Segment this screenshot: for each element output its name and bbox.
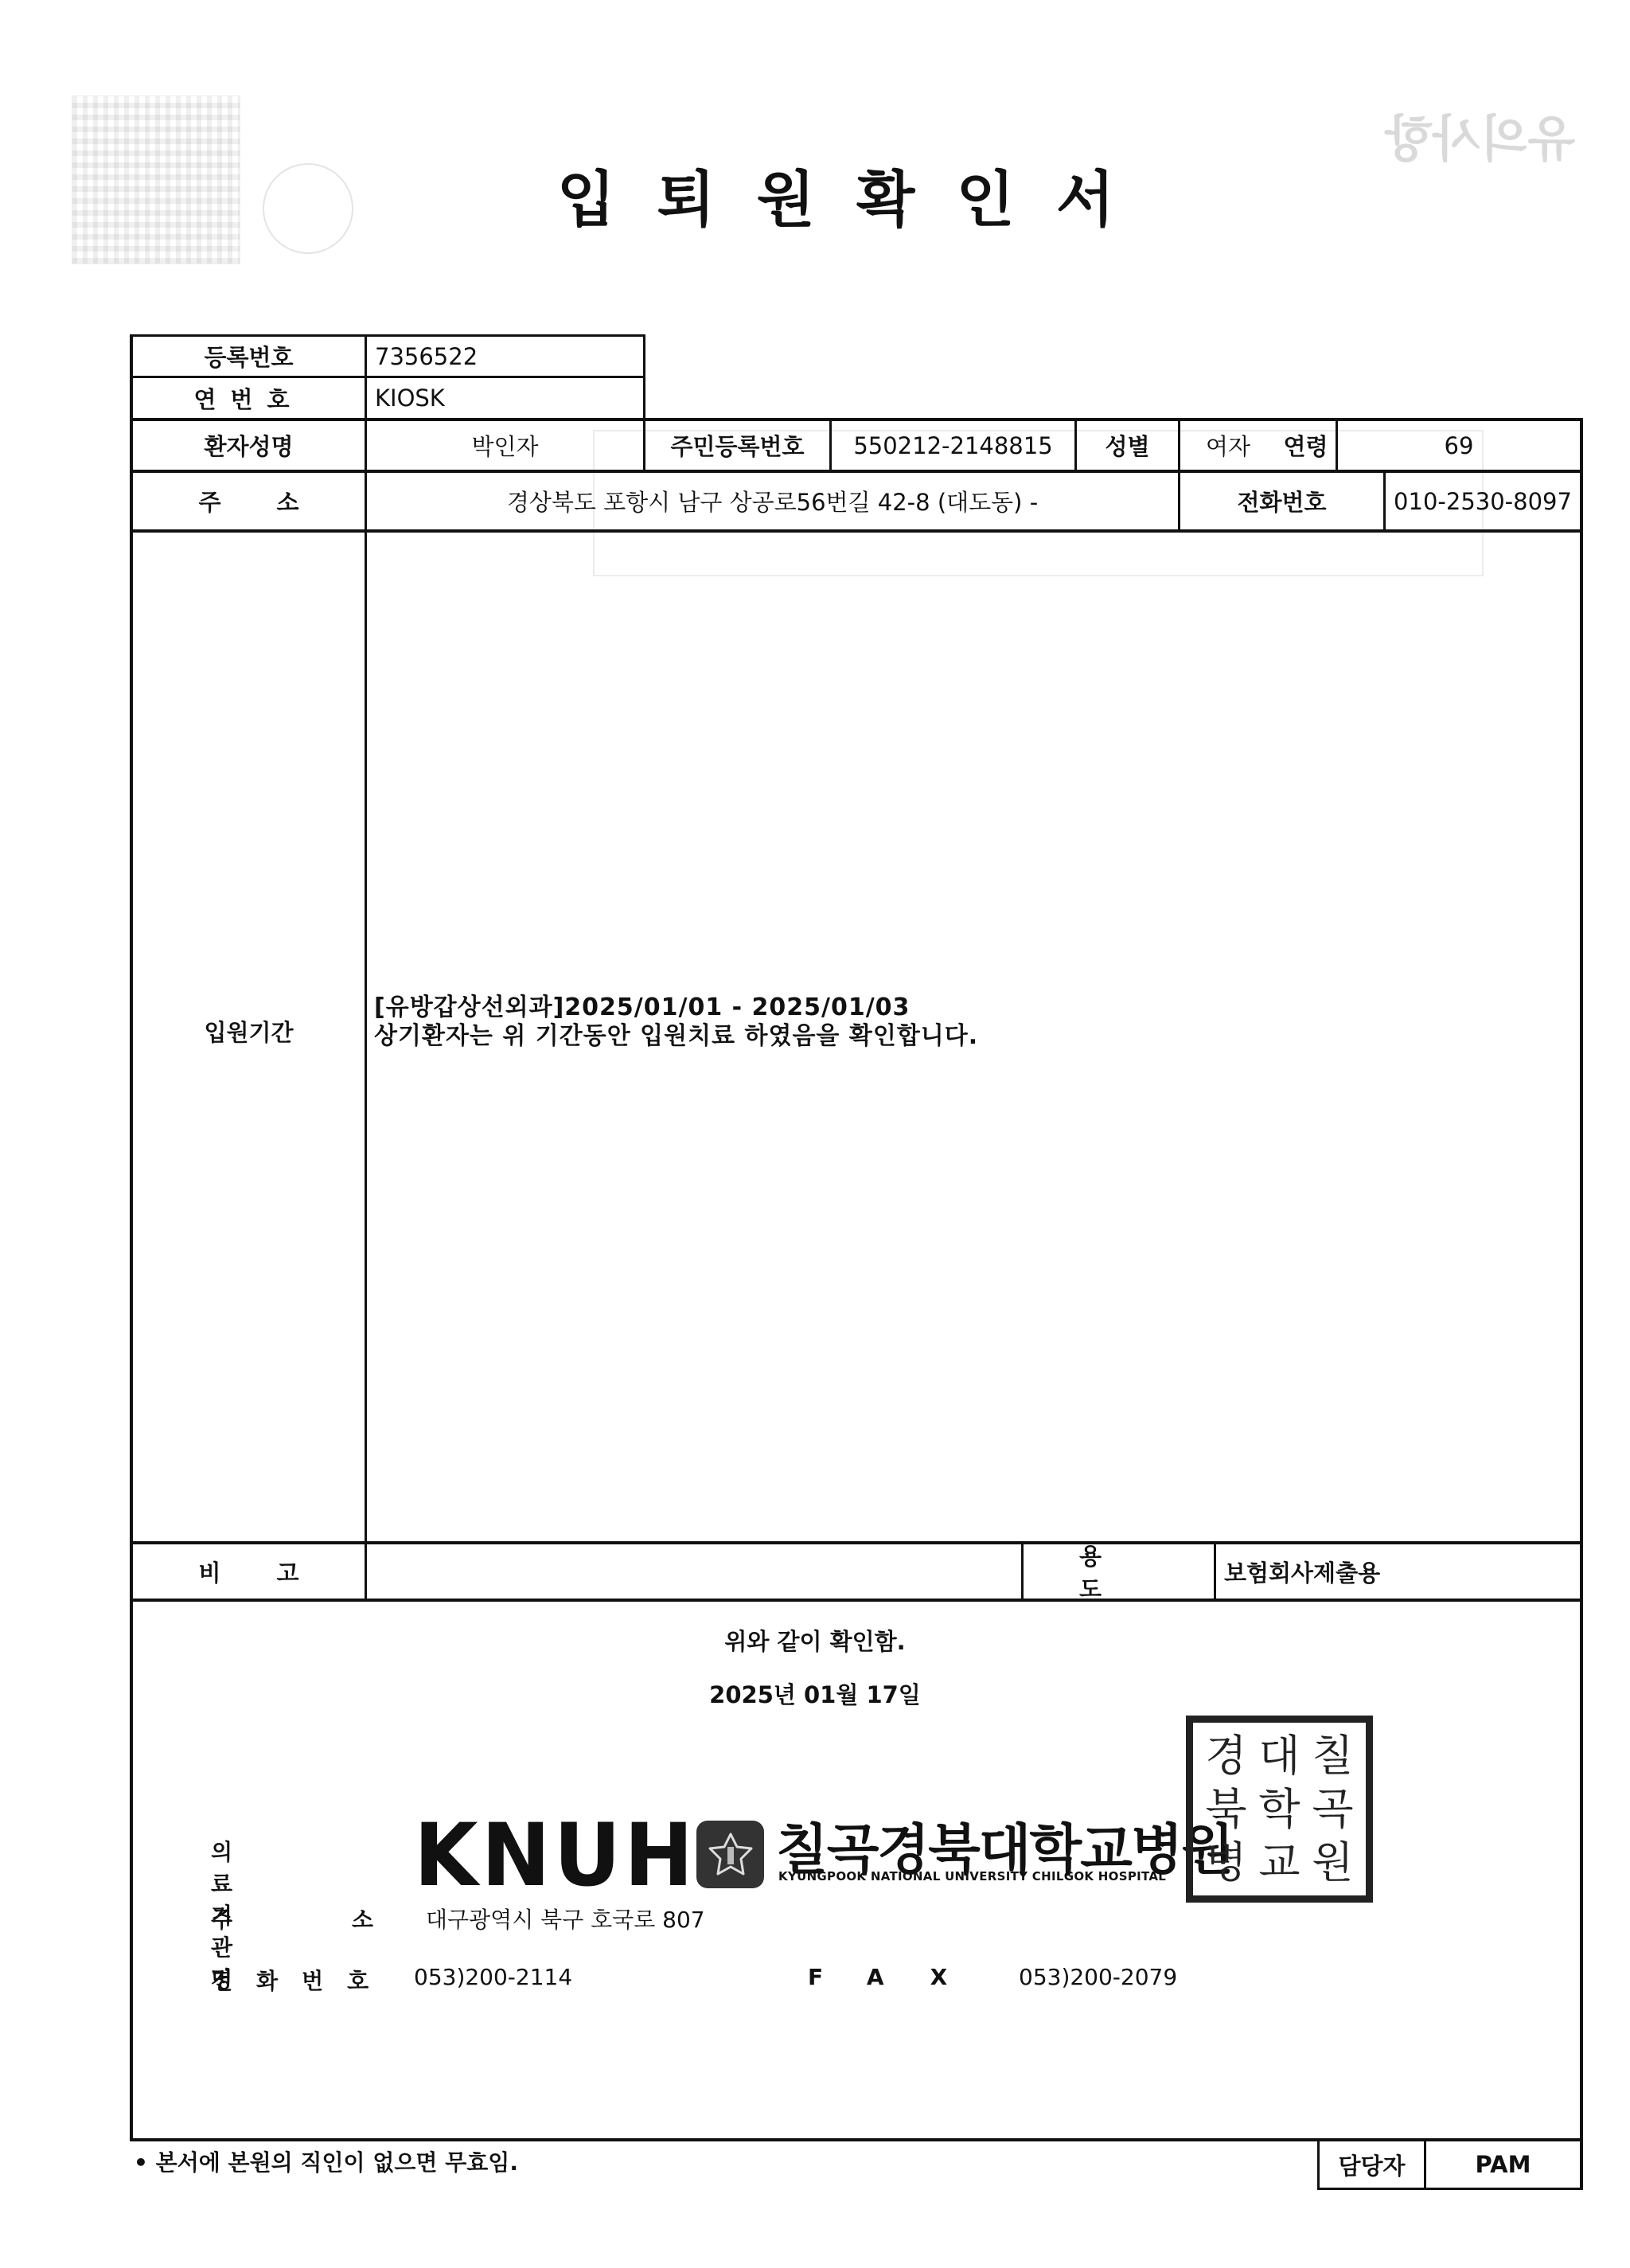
seal-char: 칠 bbox=[1306, 1729, 1359, 1782]
admission-statement: 상기환자는 위 기간동안 입원치료 하였음을 확인합니다. bbox=[374, 1022, 978, 1051]
institution-fax-value: 053)200-2079 bbox=[1019, 1964, 1177, 1990]
patient-name-value: 박인자 bbox=[367, 421, 643, 470]
official-seal: 경 대 칠 북 학 곡 병 교 원 bbox=[1186, 1716, 1373, 1903]
phone-label: 전화번호 bbox=[1180, 473, 1383, 529]
remarks-value bbox=[367, 1544, 1021, 1599]
age-label: 연령 bbox=[1276, 421, 1336, 470]
table-border bbox=[130, 529, 1582, 533]
address-label: 주소 bbox=[133, 473, 365, 529]
registration-no-value: 7356522 bbox=[367, 337, 643, 376]
institution-address-value: 대구광역시 북구 호국로 807 bbox=[426, 1903, 705, 1934]
hospital-emblem-icon bbox=[696, 1821, 764, 1888]
admission-department-period: [유방갑상선외과]2025/01/01 - 2025/01/03 bbox=[374, 993, 978, 1022]
seal-char: 병 bbox=[1199, 1836, 1253, 1889]
purpose-label: 용도 bbox=[1024, 1544, 1214, 1599]
seal-char: 학 bbox=[1253, 1782, 1306, 1836]
serial-no-label: 연번호 bbox=[133, 378, 365, 418]
serial-no-value: KIOSK bbox=[367, 378, 643, 418]
seal-char: 대 bbox=[1253, 1729, 1306, 1782]
admission-period-label: 입원기간 bbox=[133, 999, 365, 1063]
institution-fax-label: FAX bbox=[808, 1964, 993, 1990]
table-border bbox=[130, 1599, 1582, 1602]
seal-char: 원 bbox=[1306, 1836, 1359, 1889]
purpose-value: 보험회사제출용 bbox=[1216, 1544, 1580, 1599]
seal-char: 경 bbox=[1199, 1729, 1253, 1782]
table-border bbox=[1317, 2188, 1583, 2190]
staff-label: 담당자 bbox=[1320, 2141, 1424, 2188]
validity-note: • 본서에 본원의 직인이 없으면 무효임. bbox=[134, 2145, 518, 2177]
confirmation-date: 2025년 01월 17일 bbox=[0, 1677, 1630, 1710]
address-value: 경상북도 포항시 남구 상공로56번길 42-8 (대도동) - bbox=[367, 473, 1178, 529]
seal-char: 교 bbox=[1253, 1836, 1306, 1889]
age-value: 69 bbox=[1338, 421, 1580, 470]
table-border bbox=[130, 334, 133, 2141]
sex-value: 여자 bbox=[1180, 421, 1276, 470]
table-border bbox=[1580, 2138, 1583, 2190]
patient-name-label: 환자성명 bbox=[133, 421, 365, 470]
sex-label: 성별 bbox=[1077, 421, 1178, 470]
hospital-name-english: KYUNGPOOK NATIONAL UNIVERSITY CHILGOK HO… bbox=[778, 1869, 1166, 1883]
registration-no-label: 등록번호 bbox=[133, 337, 365, 376]
resident-no-value: 550212-2148815 bbox=[832, 421, 1074, 470]
table-border bbox=[1580, 418, 1583, 2141]
remarks-label: 비고 bbox=[133, 1544, 365, 1599]
document-title: 입퇴원확인서 bbox=[0, 151, 1630, 238]
confirmation-text: 위와 같이 확인함. bbox=[0, 1624, 1630, 1657]
seal-char: 북 bbox=[1199, 1782, 1253, 1836]
institution-phone-value: 053)200-2114 bbox=[414, 1964, 572, 1990]
seal-char: 곡 bbox=[1306, 1782, 1359, 1836]
staff-value: PAM bbox=[1426, 2141, 1580, 2188]
admission-period-text: [유방갑상선외과]2025/01/01 - 2025/01/03 상기환자는 위… bbox=[374, 993, 978, 1051]
institution-phone-label: 전화번호 bbox=[211, 1964, 392, 1996]
phone-value: 010-2530-8097 bbox=[1386, 473, 1580, 529]
resident-no-label: 주민등록번호 bbox=[645, 421, 829, 470]
knuh-logo: KNUH bbox=[414, 1813, 696, 1897]
